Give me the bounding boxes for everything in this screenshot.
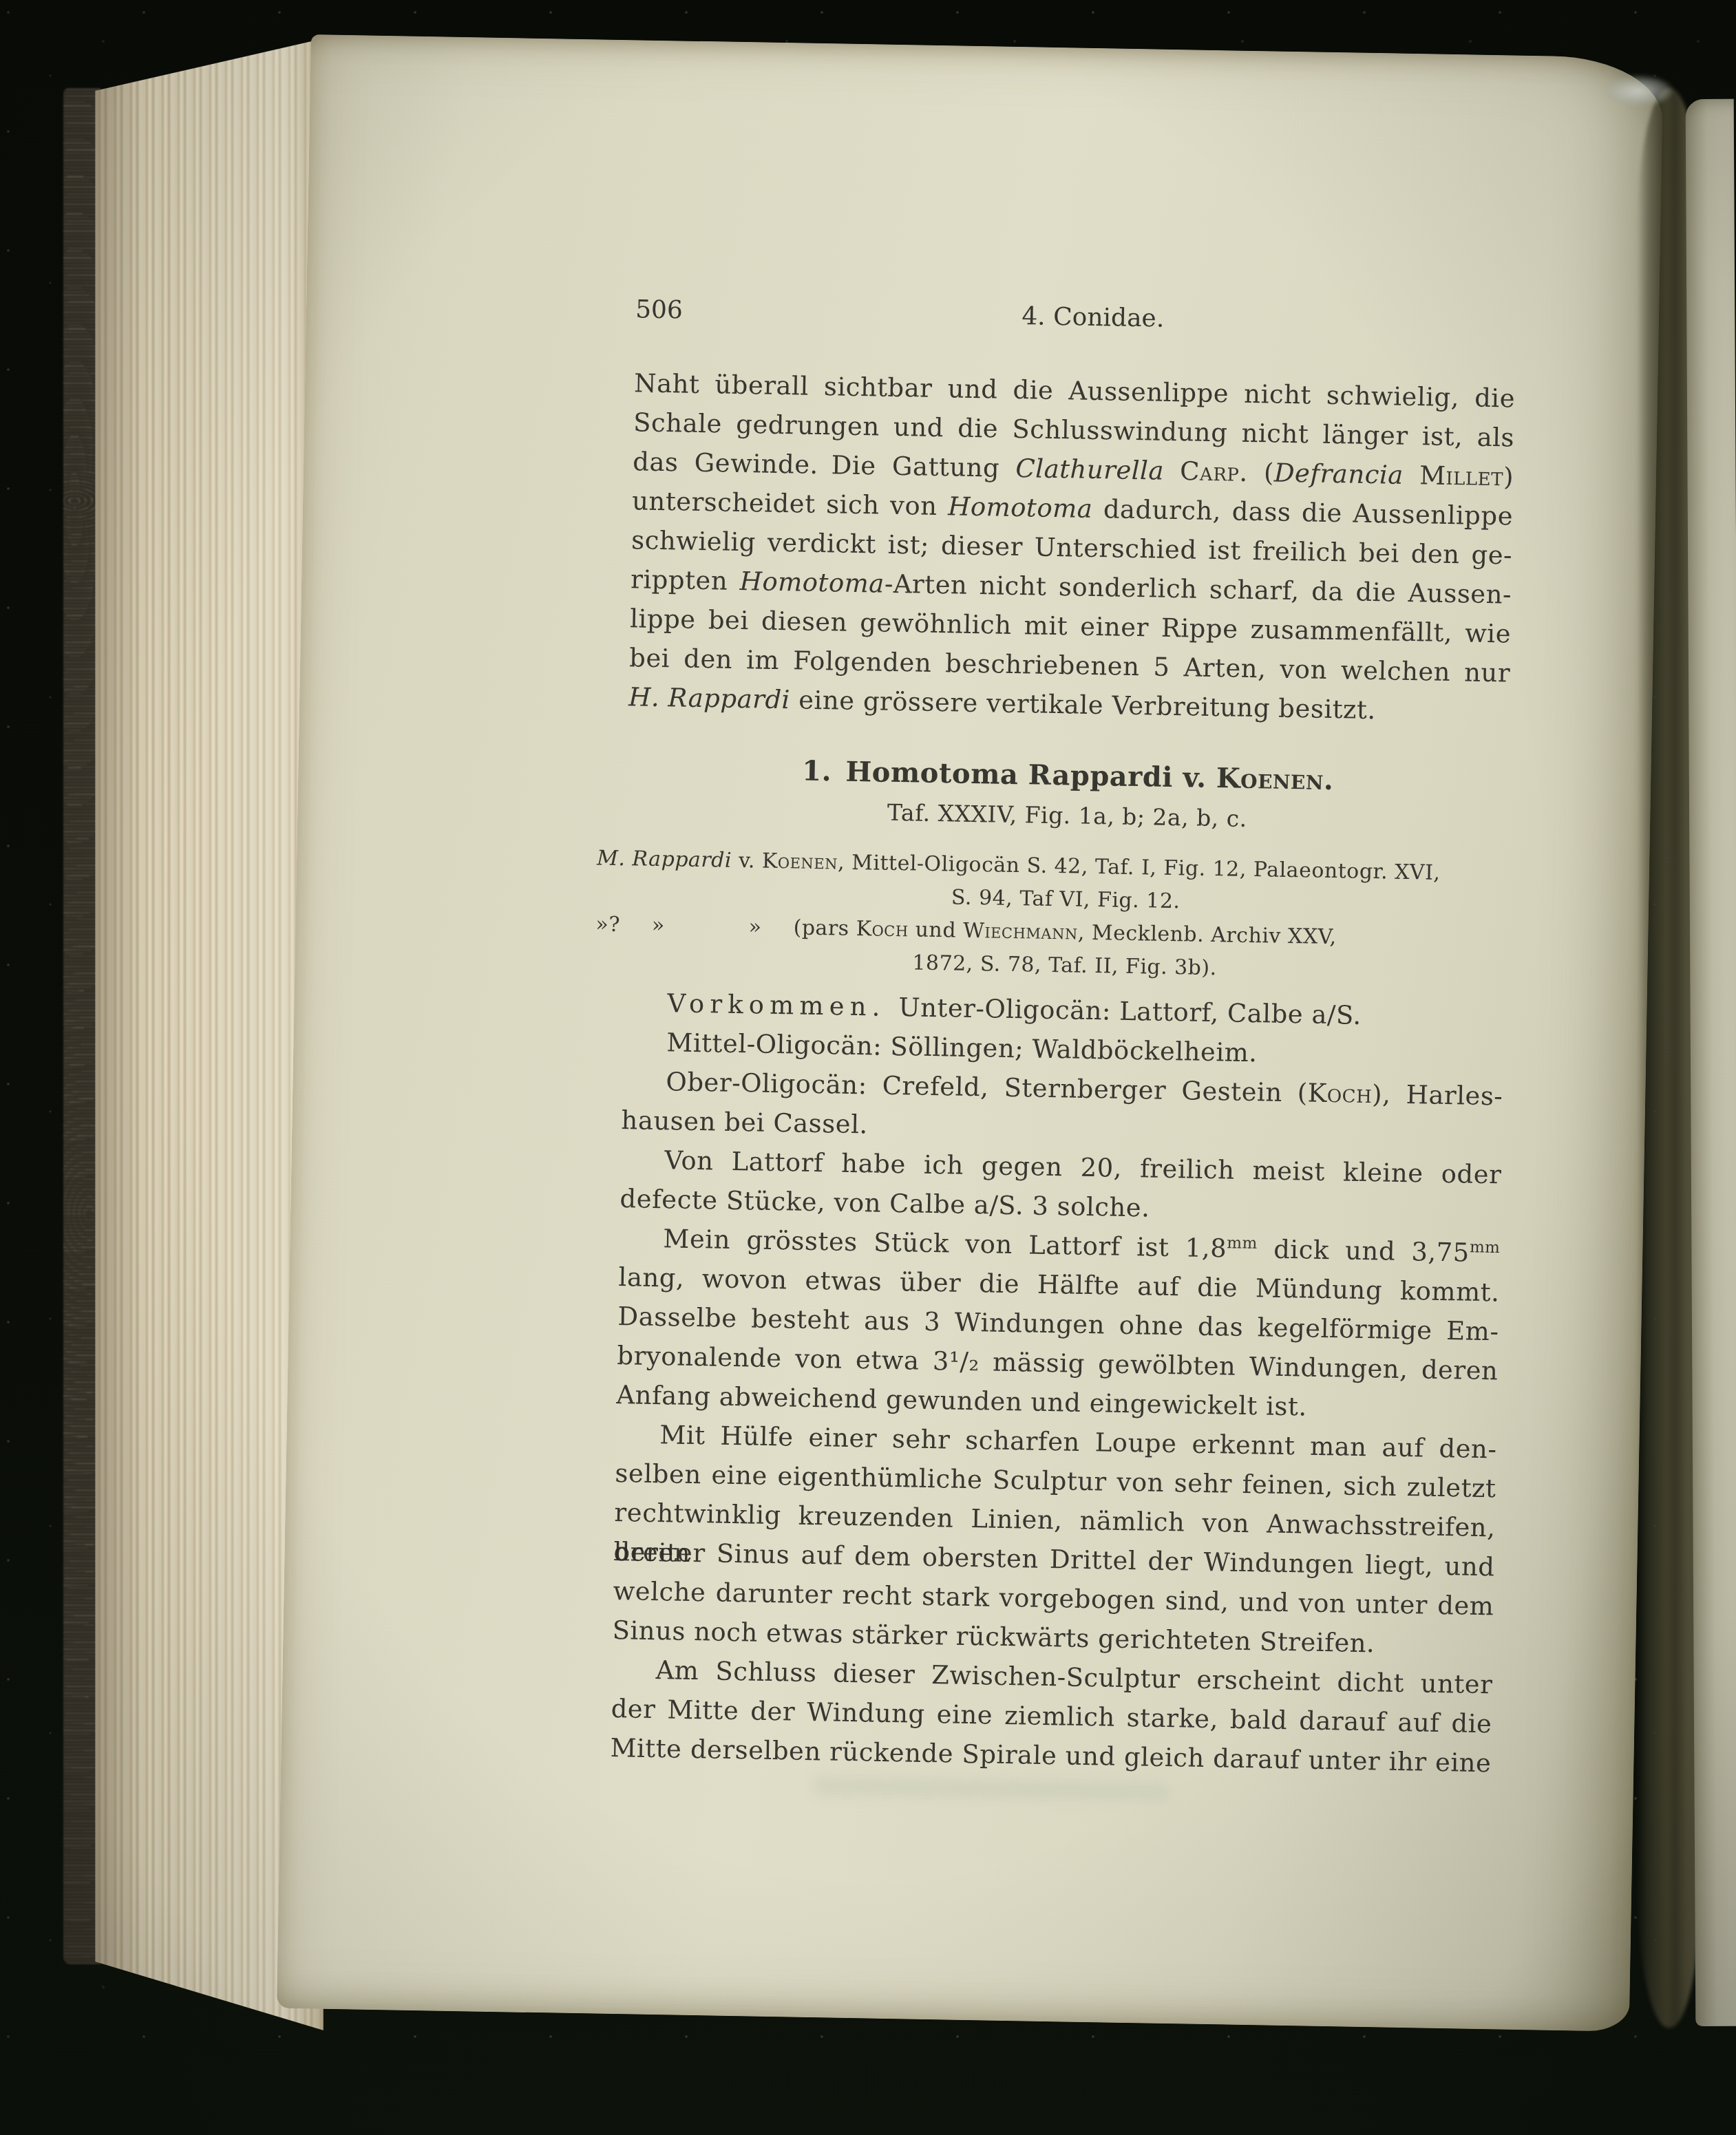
headband-tuft [1604, 76, 1673, 106]
book-photo-scene: 506 4. Conidae. Naht überall sichtbar un… [0, 0, 1736, 2135]
running-title: 4. Conidae. [1022, 297, 1165, 339]
text-block: 506 4. Conidae. Naht überall sichtbar un… [281, 34, 1664, 1785]
page-text: Naht überall sichtbar und die Aussenlipp… [610, 363, 1515, 1783]
left-page: 506 4. Conidae. Naht überall sichtbar un… [277, 34, 1664, 2032]
page-header: 506 4. Conidae. [635, 290, 1517, 344]
marbled-cover-edge [63, 88, 100, 1964]
page-number: 506 [635, 290, 684, 330]
